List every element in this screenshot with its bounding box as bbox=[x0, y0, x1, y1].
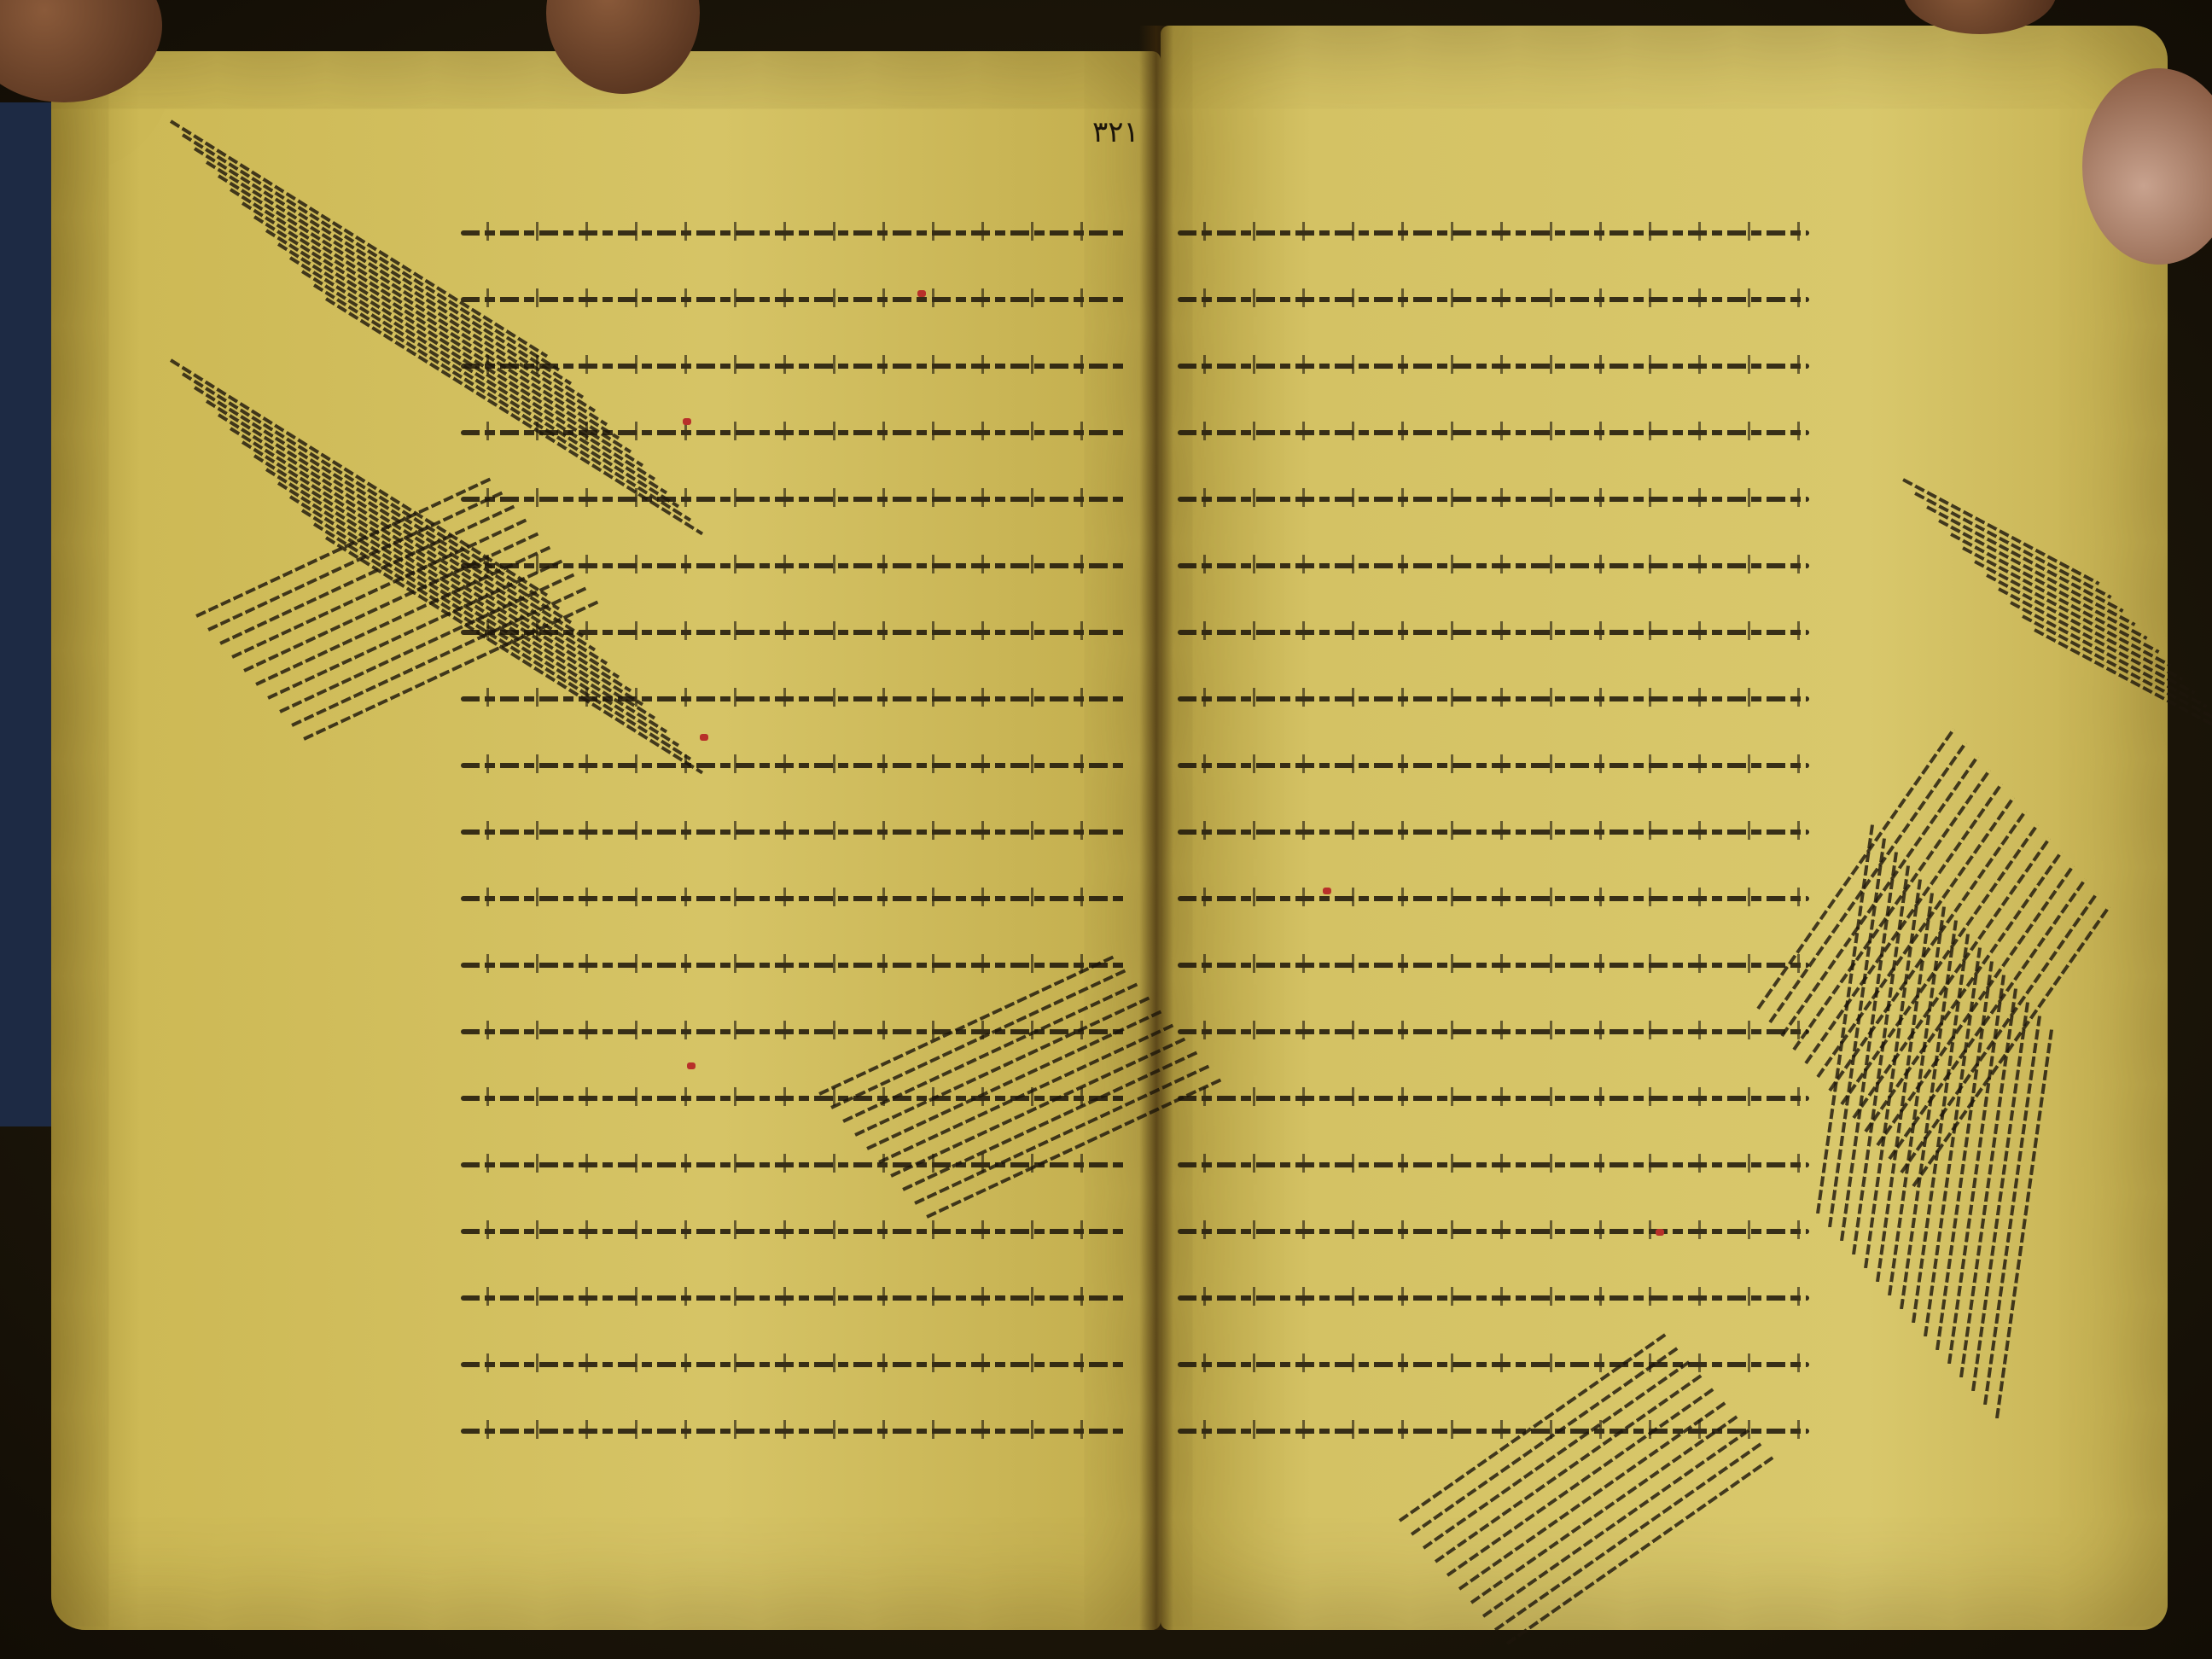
text-line bbox=[461, 1295, 1126, 1301]
text-line bbox=[1178, 630, 1809, 635]
text-line bbox=[461, 963, 1126, 968]
text-line bbox=[461, 364, 1126, 369]
text-line bbox=[1178, 497, 1809, 502]
text-line bbox=[1178, 963, 1809, 968]
text-line bbox=[461, 563, 1126, 568]
red-rubric-mark bbox=[1656, 1229, 1664, 1236]
text-line bbox=[1178, 829, 1809, 835]
book-gutter bbox=[1139, 26, 1173, 1630]
red-rubric-mark bbox=[687, 1062, 696, 1069]
text-line bbox=[1178, 230, 1809, 236]
page-number: ۳۲۱ bbox=[1092, 115, 1139, 149]
text-line bbox=[1178, 696, 1809, 701]
text-line bbox=[1178, 563, 1809, 568]
text-line bbox=[1178, 763, 1809, 768]
text-line bbox=[461, 1229, 1126, 1234]
text-line bbox=[1178, 364, 1809, 369]
text-line bbox=[1178, 1096, 1809, 1101]
red-rubric-mark bbox=[683, 418, 691, 425]
text-line bbox=[1178, 896, 1809, 901]
red-rubric-mark bbox=[1323, 888, 1331, 894]
red-rubric-mark bbox=[700, 734, 708, 741]
text-line bbox=[461, 896, 1126, 901]
text-line bbox=[461, 763, 1126, 768]
text-line bbox=[461, 1096, 1126, 1101]
text-line bbox=[461, 230, 1126, 236]
text-line bbox=[461, 497, 1126, 502]
text-line bbox=[1178, 1229, 1809, 1234]
text-line bbox=[461, 297, 1126, 302]
red-rubric-mark bbox=[917, 290, 926, 297]
text-line bbox=[1178, 1362, 1809, 1367]
text-line bbox=[1178, 1162, 1809, 1167]
text-line bbox=[461, 1162, 1126, 1167]
text-line bbox=[461, 1362, 1126, 1367]
text-line bbox=[461, 1429, 1126, 1434]
text-line bbox=[1178, 430, 1809, 435]
text-line bbox=[1178, 297, 1809, 302]
text-line bbox=[461, 696, 1126, 701]
text-line bbox=[1178, 1029, 1809, 1034]
text-line bbox=[461, 829, 1126, 835]
text-line bbox=[1178, 1295, 1809, 1301]
